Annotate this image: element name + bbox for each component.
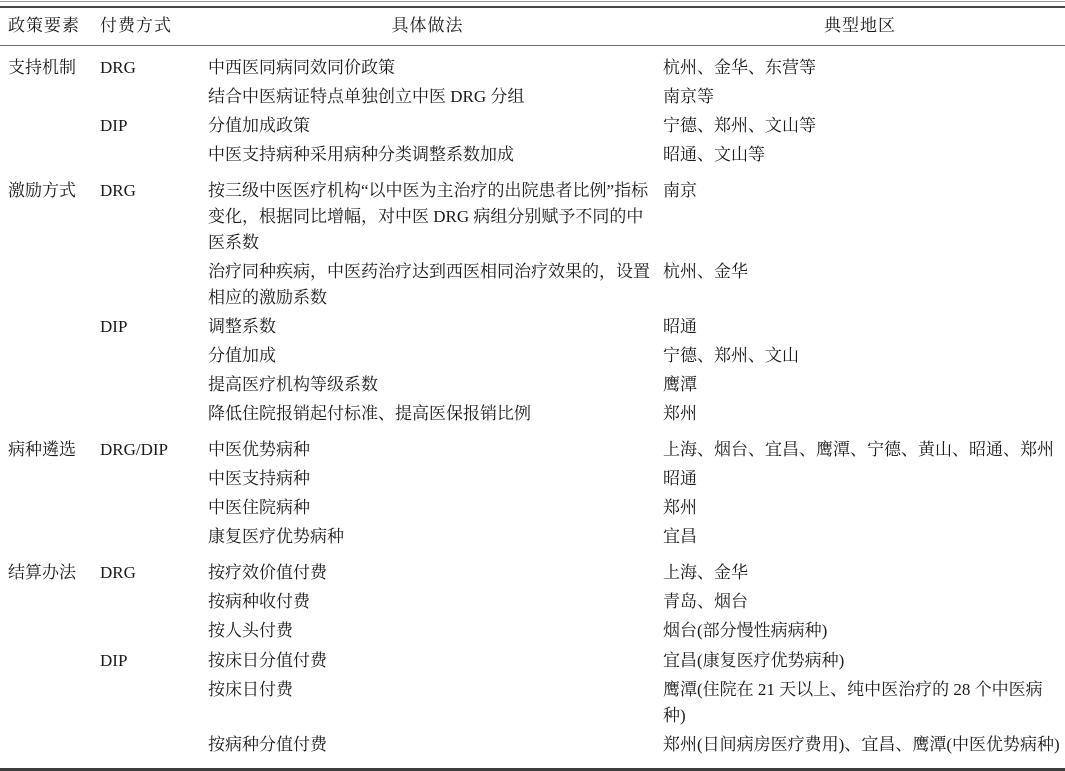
cell-regions: 南京	[655, 178, 1065, 204]
cell-payment-method: DIP	[92, 113, 200, 139]
cell-practice: 中西医同病同效同价政策	[200, 55, 655, 81]
cell-practice: 降低住院报销起付标准、提高医保报销比例	[200, 401, 655, 427]
cell-regions: 郑州(日间病房医疗费用)、宜昌、鹰潭(中医优势病种)	[655, 732, 1065, 758]
table-body: 支持机制DRG中西医同病同效同价政策杭州、金华、东营等结合中医病证特点单独创立中…	[0, 46, 1065, 761]
cell-practice: 按病种分值付费	[200, 732, 655, 758]
table-row: 中医支持病种昭通	[0, 466, 1065, 492]
cell-payment-method: DIP	[92, 648, 200, 674]
cell-regions: 烟台(部分慢性病病种)	[655, 618, 1065, 644]
table-row: DIP按床日分值付费宜昌(康复医疗优势病种)	[0, 648, 1065, 674]
table-row: 按病种分值付费郑州(日间病房医疗费用)、宜昌、鹰潭(中医优势病种)	[0, 732, 1065, 758]
header-payment-method: 付费方式	[92, 13, 200, 39]
cell-regions: 鹰潭(住院在 21 天以上、纯中医治疗的 28 个中医病种)	[655, 677, 1065, 729]
cell-payment-method: DRG	[92, 560, 200, 586]
cell-regions: 宜昌(康复医疗优势病种)	[655, 648, 1065, 674]
cell-practice: 中医住院病种	[200, 495, 655, 521]
cell-practice: 调整系数	[200, 314, 655, 340]
header-policy-element: 政策要素	[0, 13, 92, 39]
cell-practice: 按病种收付费	[200, 589, 655, 615]
table-header-row: 政策要素 付费方式 具体做法 典型地区	[0, 8, 1065, 45]
table-row: 病种遴选DRG/DIP中医优势病种上海、烟台、宜昌、鹰潭、宁德、黄山、昭通、郑州	[0, 437, 1065, 463]
cell-practice: 提高医疗机构等级系数	[200, 372, 655, 398]
table-top-rule-thin	[0, 1, 1065, 2]
table-row: DIP调整系数昭通	[0, 314, 1065, 340]
table-row: 中医支持病种采用病种分类调整系数加成昭通、文山等	[0, 142, 1065, 168]
header-regions: 典型地区	[655, 13, 1065, 39]
cell-practice: 分值加成	[200, 343, 655, 369]
cell-regions: 郑州	[655, 495, 1065, 521]
cell-practice: 按床日付费	[200, 677, 655, 703]
cell-practice: 康复医疗优势病种	[200, 524, 655, 550]
cell-regions: 昭通、文山等	[655, 142, 1065, 168]
table-row: 分值加成宁德、郑州、文山	[0, 343, 1065, 369]
header-practice: 具体做法	[200, 13, 655, 39]
cell-policy-element: 激励方式	[0, 178, 92, 204]
cell-practice: 按疗效价值付费	[200, 560, 655, 586]
cell-policy-element: 结算办法	[0, 560, 92, 586]
cell-practice: 结合中医病证特点单独创立中医 DRG 分组	[200, 84, 655, 110]
cell-regions: 青岛、烟台	[655, 589, 1065, 615]
cell-regions: 宁德、郑州、文山	[655, 343, 1065, 369]
table-row: 支持机制DRG中西医同病同效同价政策杭州、金华、东营等	[0, 55, 1065, 81]
cell-payment-method: DIP	[92, 314, 200, 340]
table-row: 激励方式DRG按三级中医医疗机构“以中医为主治疗的出院患者比例”指标变化，根据同…	[0, 178, 1065, 256]
table-row: 康复医疗优势病种宜昌	[0, 524, 1065, 550]
cell-policy-element: 病种遴选	[0, 437, 92, 463]
cell-payment-method: DRG/DIP	[92, 437, 200, 463]
cell-practice: 中医支持病种采用病种分类调整系数加成	[200, 142, 655, 168]
cell-practice: 中医支持病种	[200, 466, 655, 492]
cell-practice: 分值加成政策	[200, 113, 655, 139]
table-row: 治疗同种疾病，中医药治疗达到西医相同治疗效果的，设置相应的激励系数杭州、金华	[0, 259, 1065, 311]
table-row: DIP分值加成政策宁德、郑州、文山等	[0, 113, 1065, 139]
cell-regions: 昭通	[655, 314, 1065, 340]
table-row: 提高医疗机构等级系数鹰潭	[0, 372, 1065, 398]
cell-practice: 按床日分值付费	[200, 648, 655, 674]
table-row: 结算办法DRG按疗效价值付费上海、金华	[0, 560, 1065, 586]
cell-practice: 按三级中医医疗机构“以中医为主治疗的出院患者比例”指标变化，根据同比增幅，对中医…	[200, 178, 655, 256]
table-row: 按床日付费鹰潭(住院在 21 天以上、纯中医治疗的 28 个中医病种)	[0, 677, 1065, 729]
table-row: 降低住院报销起付标准、提高医保报销比例郑州	[0, 401, 1065, 427]
cell-practice: 中医优势病种	[200, 437, 655, 463]
cell-payment-method: DRG	[92, 55, 200, 81]
cell-practice: 按人头付费	[200, 618, 655, 644]
cell-regions: 宁德、郑州、文山等	[655, 113, 1065, 139]
cell-regions: 杭州、金华	[655, 259, 1065, 285]
cell-payment-method: DRG	[92, 178, 200, 204]
cell-regions: 上海、烟台、宜昌、鹰潭、宁德、黄山、昭通、郑州	[655, 437, 1065, 463]
policy-table-page: 政策要素 付费方式 具体做法 典型地区 支持机制DRG中西医同病同效同价政策杭州…	[0, 0, 1065, 771]
cell-policy-element: 支持机制	[0, 55, 92, 81]
table-row: 按人头付费烟台(部分慢性病病种)	[0, 618, 1065, 644]
cell-regions: 杭州、金华、东营等	[655, 55, 1065, 81]
table-row: 结合中医病证特点单独创立中医 DRG 分组南京等	[0, 84, 1065, 110]
cell-regions: 南京等	[655, 84, 1065, 110]
cell-regions: 昭通	[655, 466, 1065, 492]
cell-practice: 治疗同种疾病，中医药治疗达到西医相同治疗效果的，设置相应的激励系数	[200, 259, 655, 311]
cell-regions: 鹰潭	[655, 372, 1065, 398]
table-row: 按病种收付费青岛、烟台	[0, 589, 1065, 615]
table-row: 中医住院病种郑州	[0, 495, 1065, 521]
cell-regions: 上海、金华	[655, 560, 1065, 586]
cell-regions: 郑州	[655, 401, 1065, 427]
cell-regions: 宜昌	[655, 524, 1065, 550]
